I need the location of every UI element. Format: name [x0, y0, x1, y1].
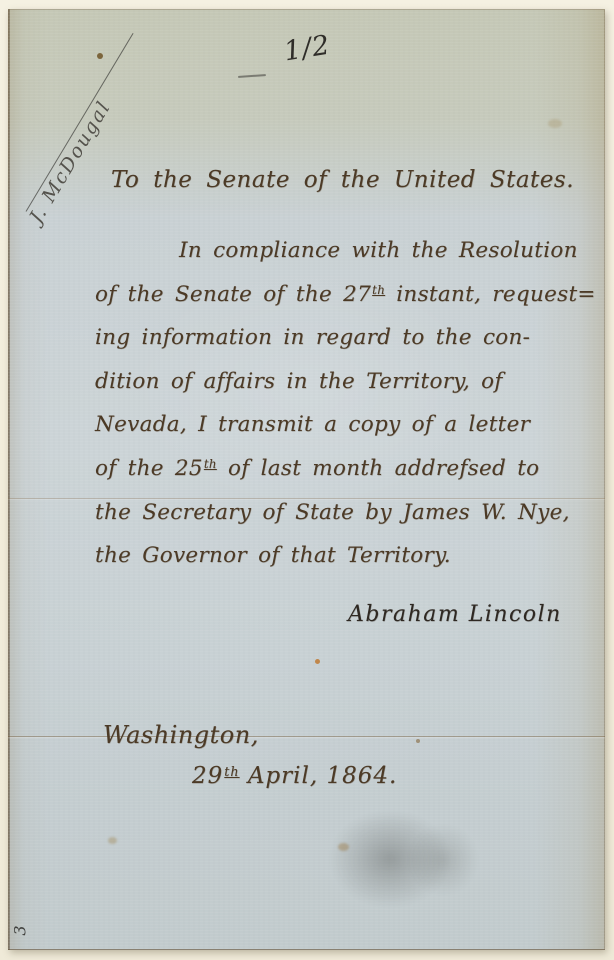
body-line: Nevada, I transmit a copy of a letter	[95, 412, 587, 456]
archive-mark: 3	[11, 925, 30, 935]
page-number: 1/2	[282, 30, 333, 68]
ordinal-superscript: th	[224, 764, 239, 779]
page-number-underline	[238, 74, 266, 78]
body-line: of the 25th of last month addrefsed to	[95, 456, 587, 500]
text-segment: ing information in regard to the con-	[95, 325, 530, 350]
text-segment: 29	[192, 763, 223, 789]
body-line: the Secretary of State by James W. Nye,	[95, 500, 587, 544]
stain-spot	[108, 837, 117, 844]
text-segment: of the Senate of the 27	[95, 282, 371, 307]
ordinal-superscript: th	[204, 457, 217, 471]
text-segment: dition of affairs in the Territory, of	[95, 369, 503, 394]
text-segment: In compliance with the Resolution	[179, 238, 578, 263]
stain-spot	[315, 659, 320, 664]
body-line: of the Senate of the 27th instant, reque…	[95, 282, 587, 326]
scan: { "document": { "page_number": "1/2", "c…	[0, 0, 614, 960]
text-segment: April, 1864.	[240, 763, 398, 789]
stain-spot	[97, 53, 103, 59]
dateline-date: 29th April, 1864.	[192, 763, 397, 789]
body-line: In compliance with the Resolution	[95, 238, 587, 282]
text-segment: the Governor of that Territory.	[95, 543, 451, 568]
ordinal-superscript: th	[372, 283, 385, 297]
salutation: To the Senate of the United States.	[111, 167, 574, 193]
body-line: ing information in regard to the con-	[95, 325, 587, 369]
president-signature: Abraham Lincoln	[348, 602, 562, 627]
text-segment: the Secretary of State by James W. Nye,	[95, 500, 570, 525]
text-segment: instant, request=	[385, 282, 596, 307]
text-segment: of the 25	[95, 456, 203, 481]
stain-spot	[548, 119, 562, 128]
corner-endorsement-signature: J. McDougal	[25, 97, 115, 227]
stain-spot	[338, 843, 349, 851]
text-segment: of last month addrefsed to	[217, 456, 540, 481]
fold-crease-lower	[8, 736, 605, 737]
body-line: dition of affairs in the Territory, of	[95, 369, 587, 413]
text-segment: Nevada, I transmit a copy of a letter	[95, 412, 530, 437]
body-paragraph: In compliance with the Resolutionof the …	[95, 238, 587, 587]
ink-smudge-secondary	[408, 825, 478, 895]
stain-spot	[416, 739, 420, 743]
body-line: the Governor of that Territory.	[95, 543, 587, 587]
dateline-place: Washington,	[103, 721, 259, 749]
document-page: J. McDougal 1/2 To the Senate of the Uni…	[8, 9, 605, 950]
